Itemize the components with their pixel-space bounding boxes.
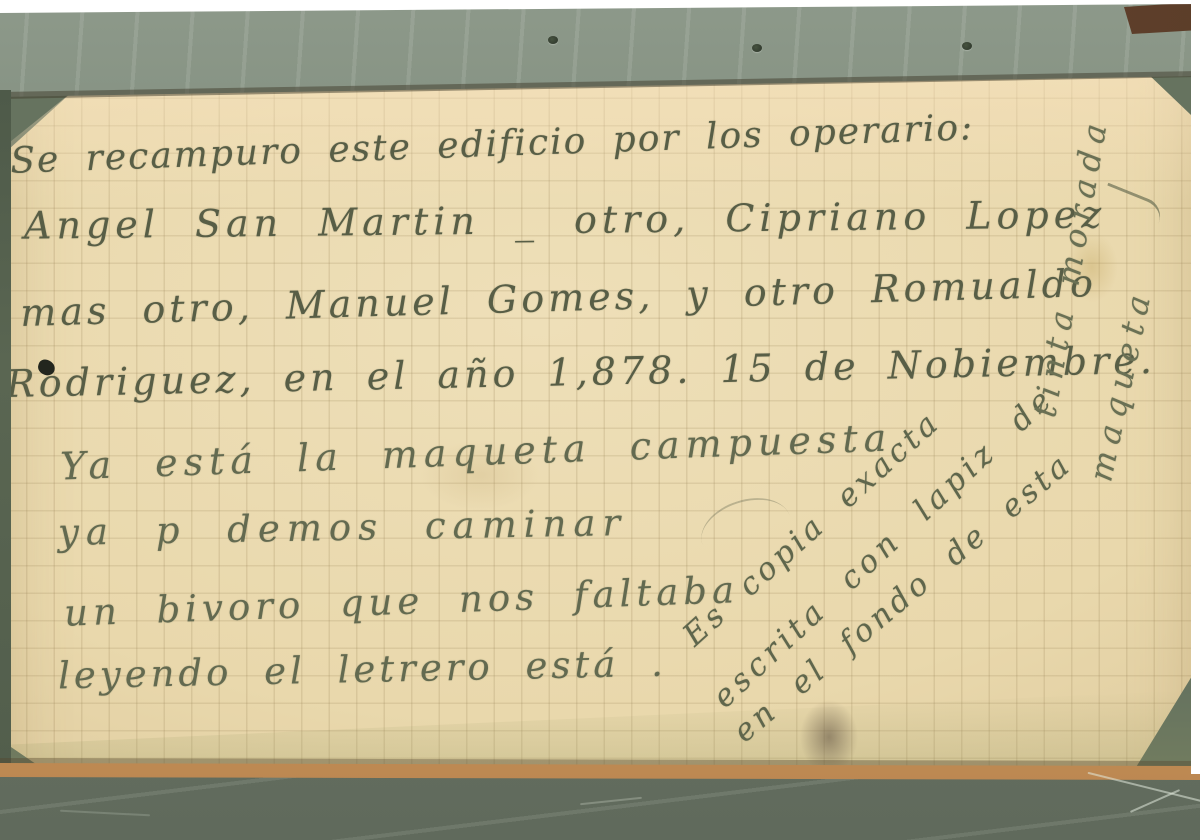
photo-white-border-right bbox=[1191, 0, 1200, 774]
nail-hole bbox=[548, 36, 558, 44]
nail-hole bbox=[962, 42, 972, 50]
wood-frame-left-edge bbox=[0, 90, 11, 780]
nail-hole bbox=[752, 44, 762, 52]
photograph-of-framed-note: Se recampuro este edificio por los opera… bbox=[0, 0, 1200, 840]
